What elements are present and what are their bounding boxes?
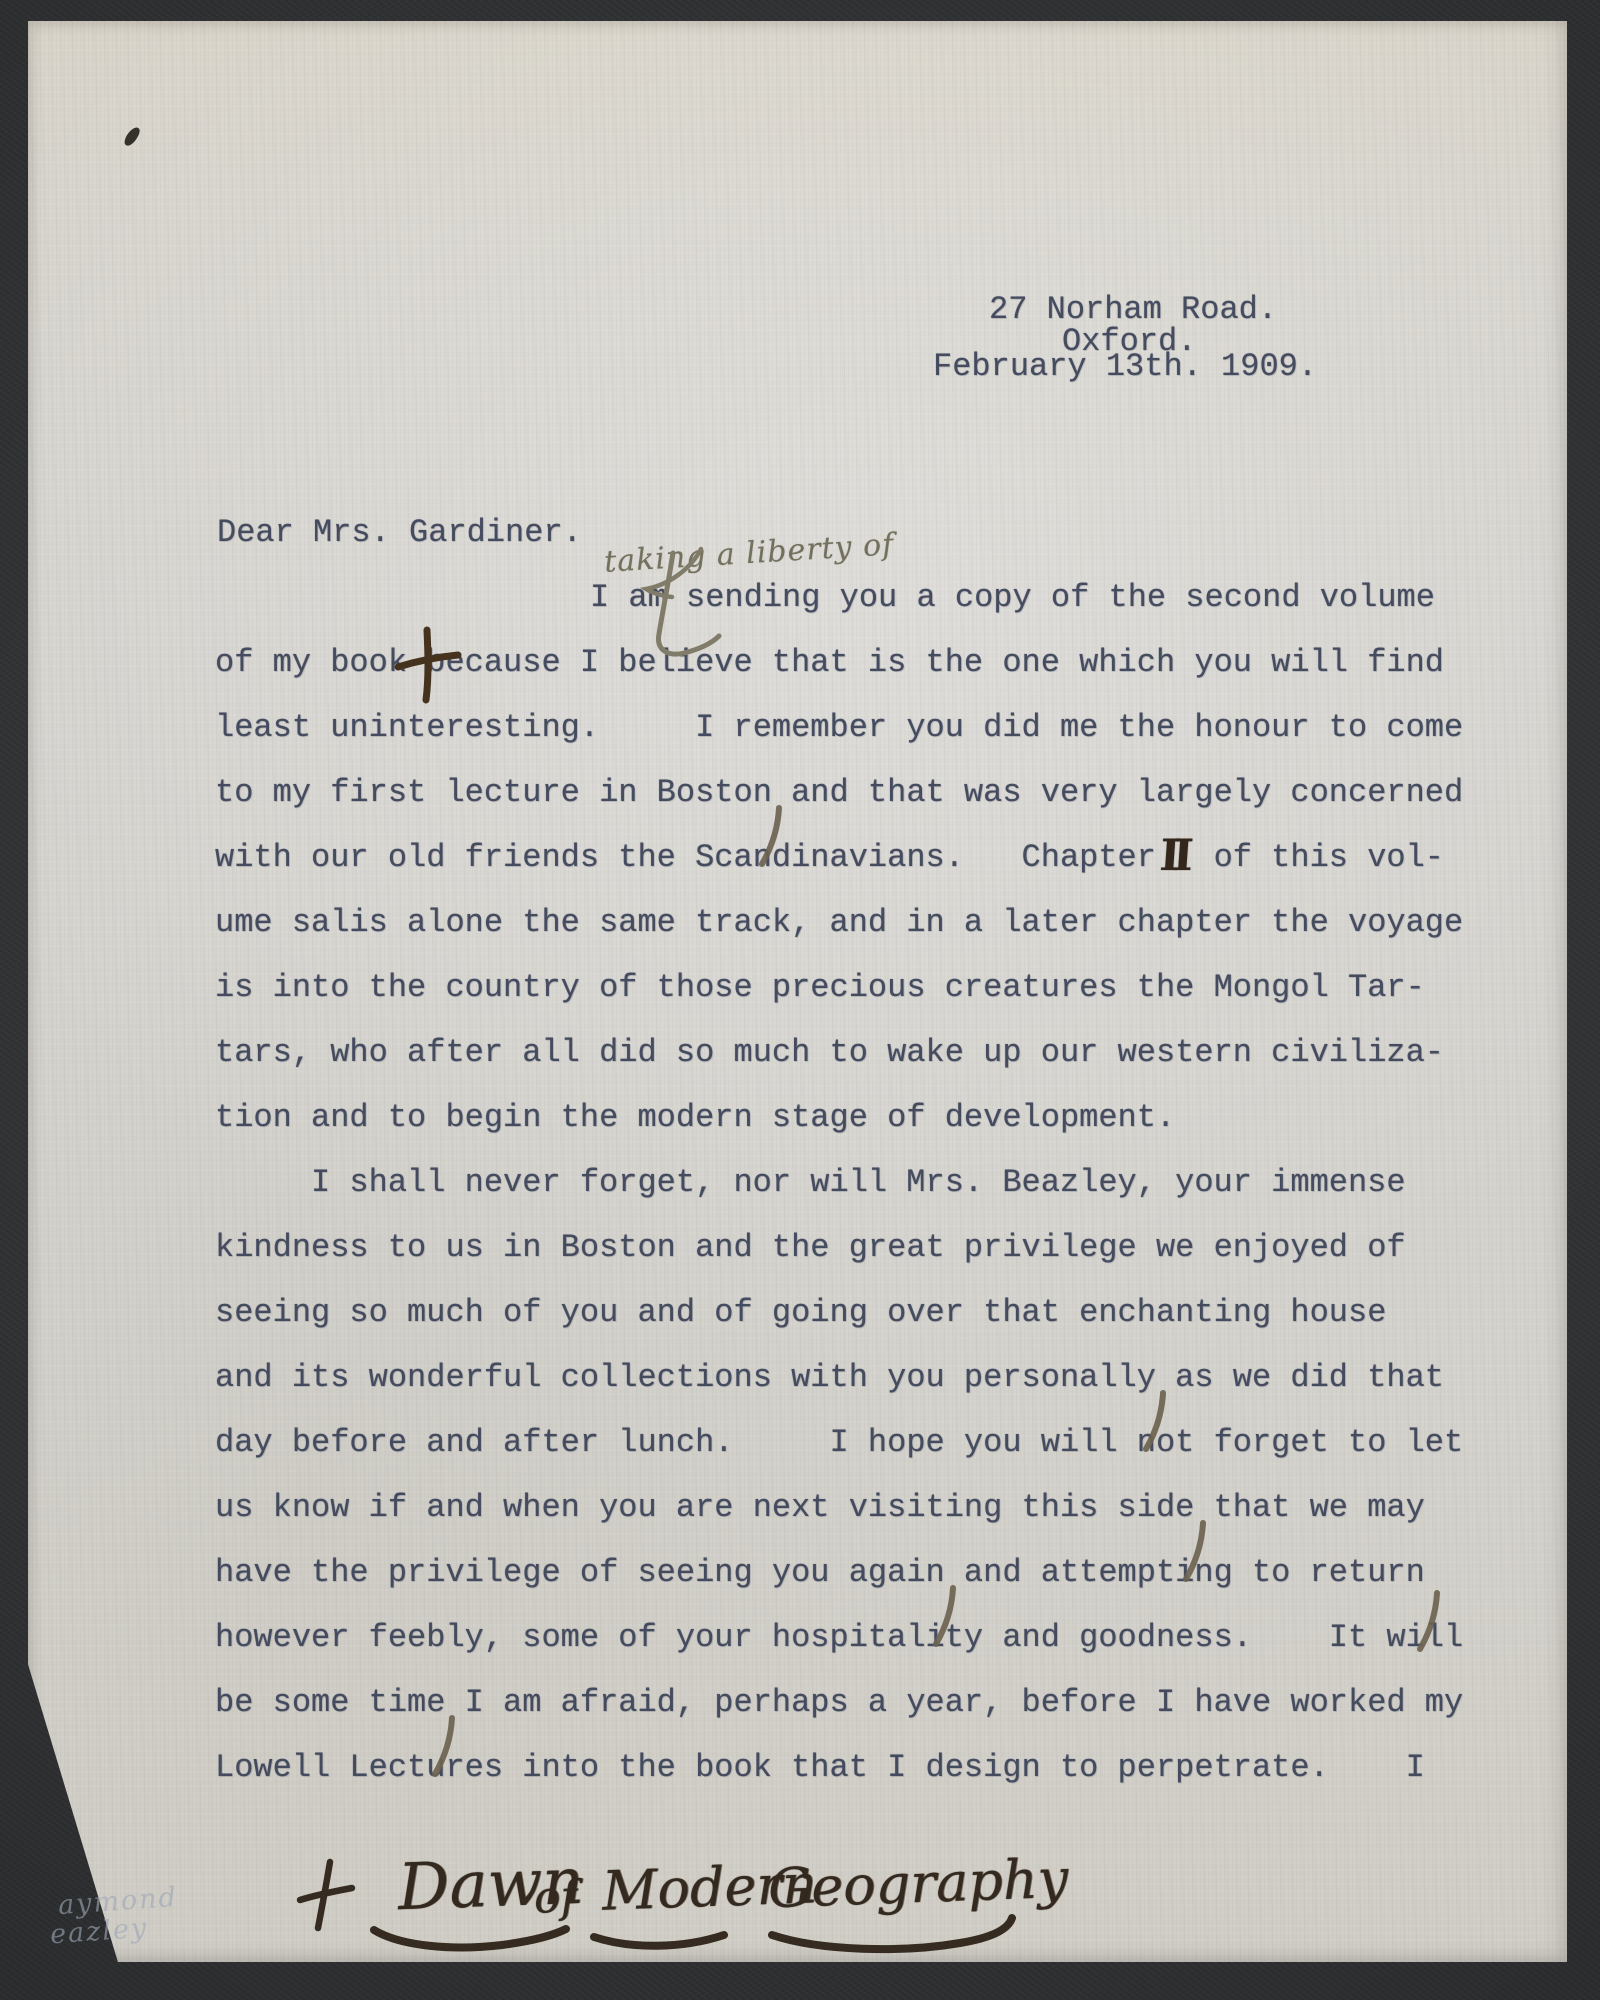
typed-line: of my book because I believe that is the… [215,645,1444,680]
salutation: Dear Mrs. Gardiner. [217,515,582,550]
typed-line: however feebly, some of your hospitality… [215,1620,1463,1655]
handwritten-chapter-numeral: II [1158,831,1188,881]
typed-line: and its wonderful collections with you p… [215,1360,1444,1395]
address-line: February 13th. 1909. [933,349,1317,384]
typed-line: Lowell Lectures into the book that I des… [215,1750,1425,1785]
typed-line: ume salis alone the same track, and in a… [215,905,1463,940]
typed-line: least uninteresting. I remember you did … [215,710,1463,745]
typed-line: seeing so much of you and of going over … [215,1295,1386,1330]
handwritten-footnote-word: Geography [767,1847,1069,1920]
typed-line: I shall never forget, nor will Mrs. Beaz… [311,1165,1406,1200]
typed-line: have the privilege of seeing you again a… [215,1555,1425,1590]
address-line: 27 Norham Road. [989,292,1277,327]
typed-line: tars, who after all did so much to wake … [215,1035,1444,1070]
typed-line: us know if and when you are next visitin… [215,1490,1425,1525]
typed-line: to my first lecture in Boston and that w… [215,775,1463,810]
typed-line: be some time I am afraid, perhaps a year… [215,1685,1463,1720]
typed-line: is into the country of those precious cr… [215,970,1425,1005]
photograph-of-letter: 27 Norham Road. Oxford. February 13th. 1… [0,0,1600,2000]
handwritten-footnote-word: of [533,1871,578,1923]
typed-line: with our old friends the Scandinavians. … [215,840,1444,875]
typed-line: I am sending you a copy of the second vo… [590,580,1435,615]
typed-line: day before and after lunch. I hope you w… [215,1425,1463,1460]
typed-line: kindness to us in Boston and the great p… [215,1230,1406,1265]
typed-line: tion and to begin the modern stage of de… [215,1100,1175,1135]
